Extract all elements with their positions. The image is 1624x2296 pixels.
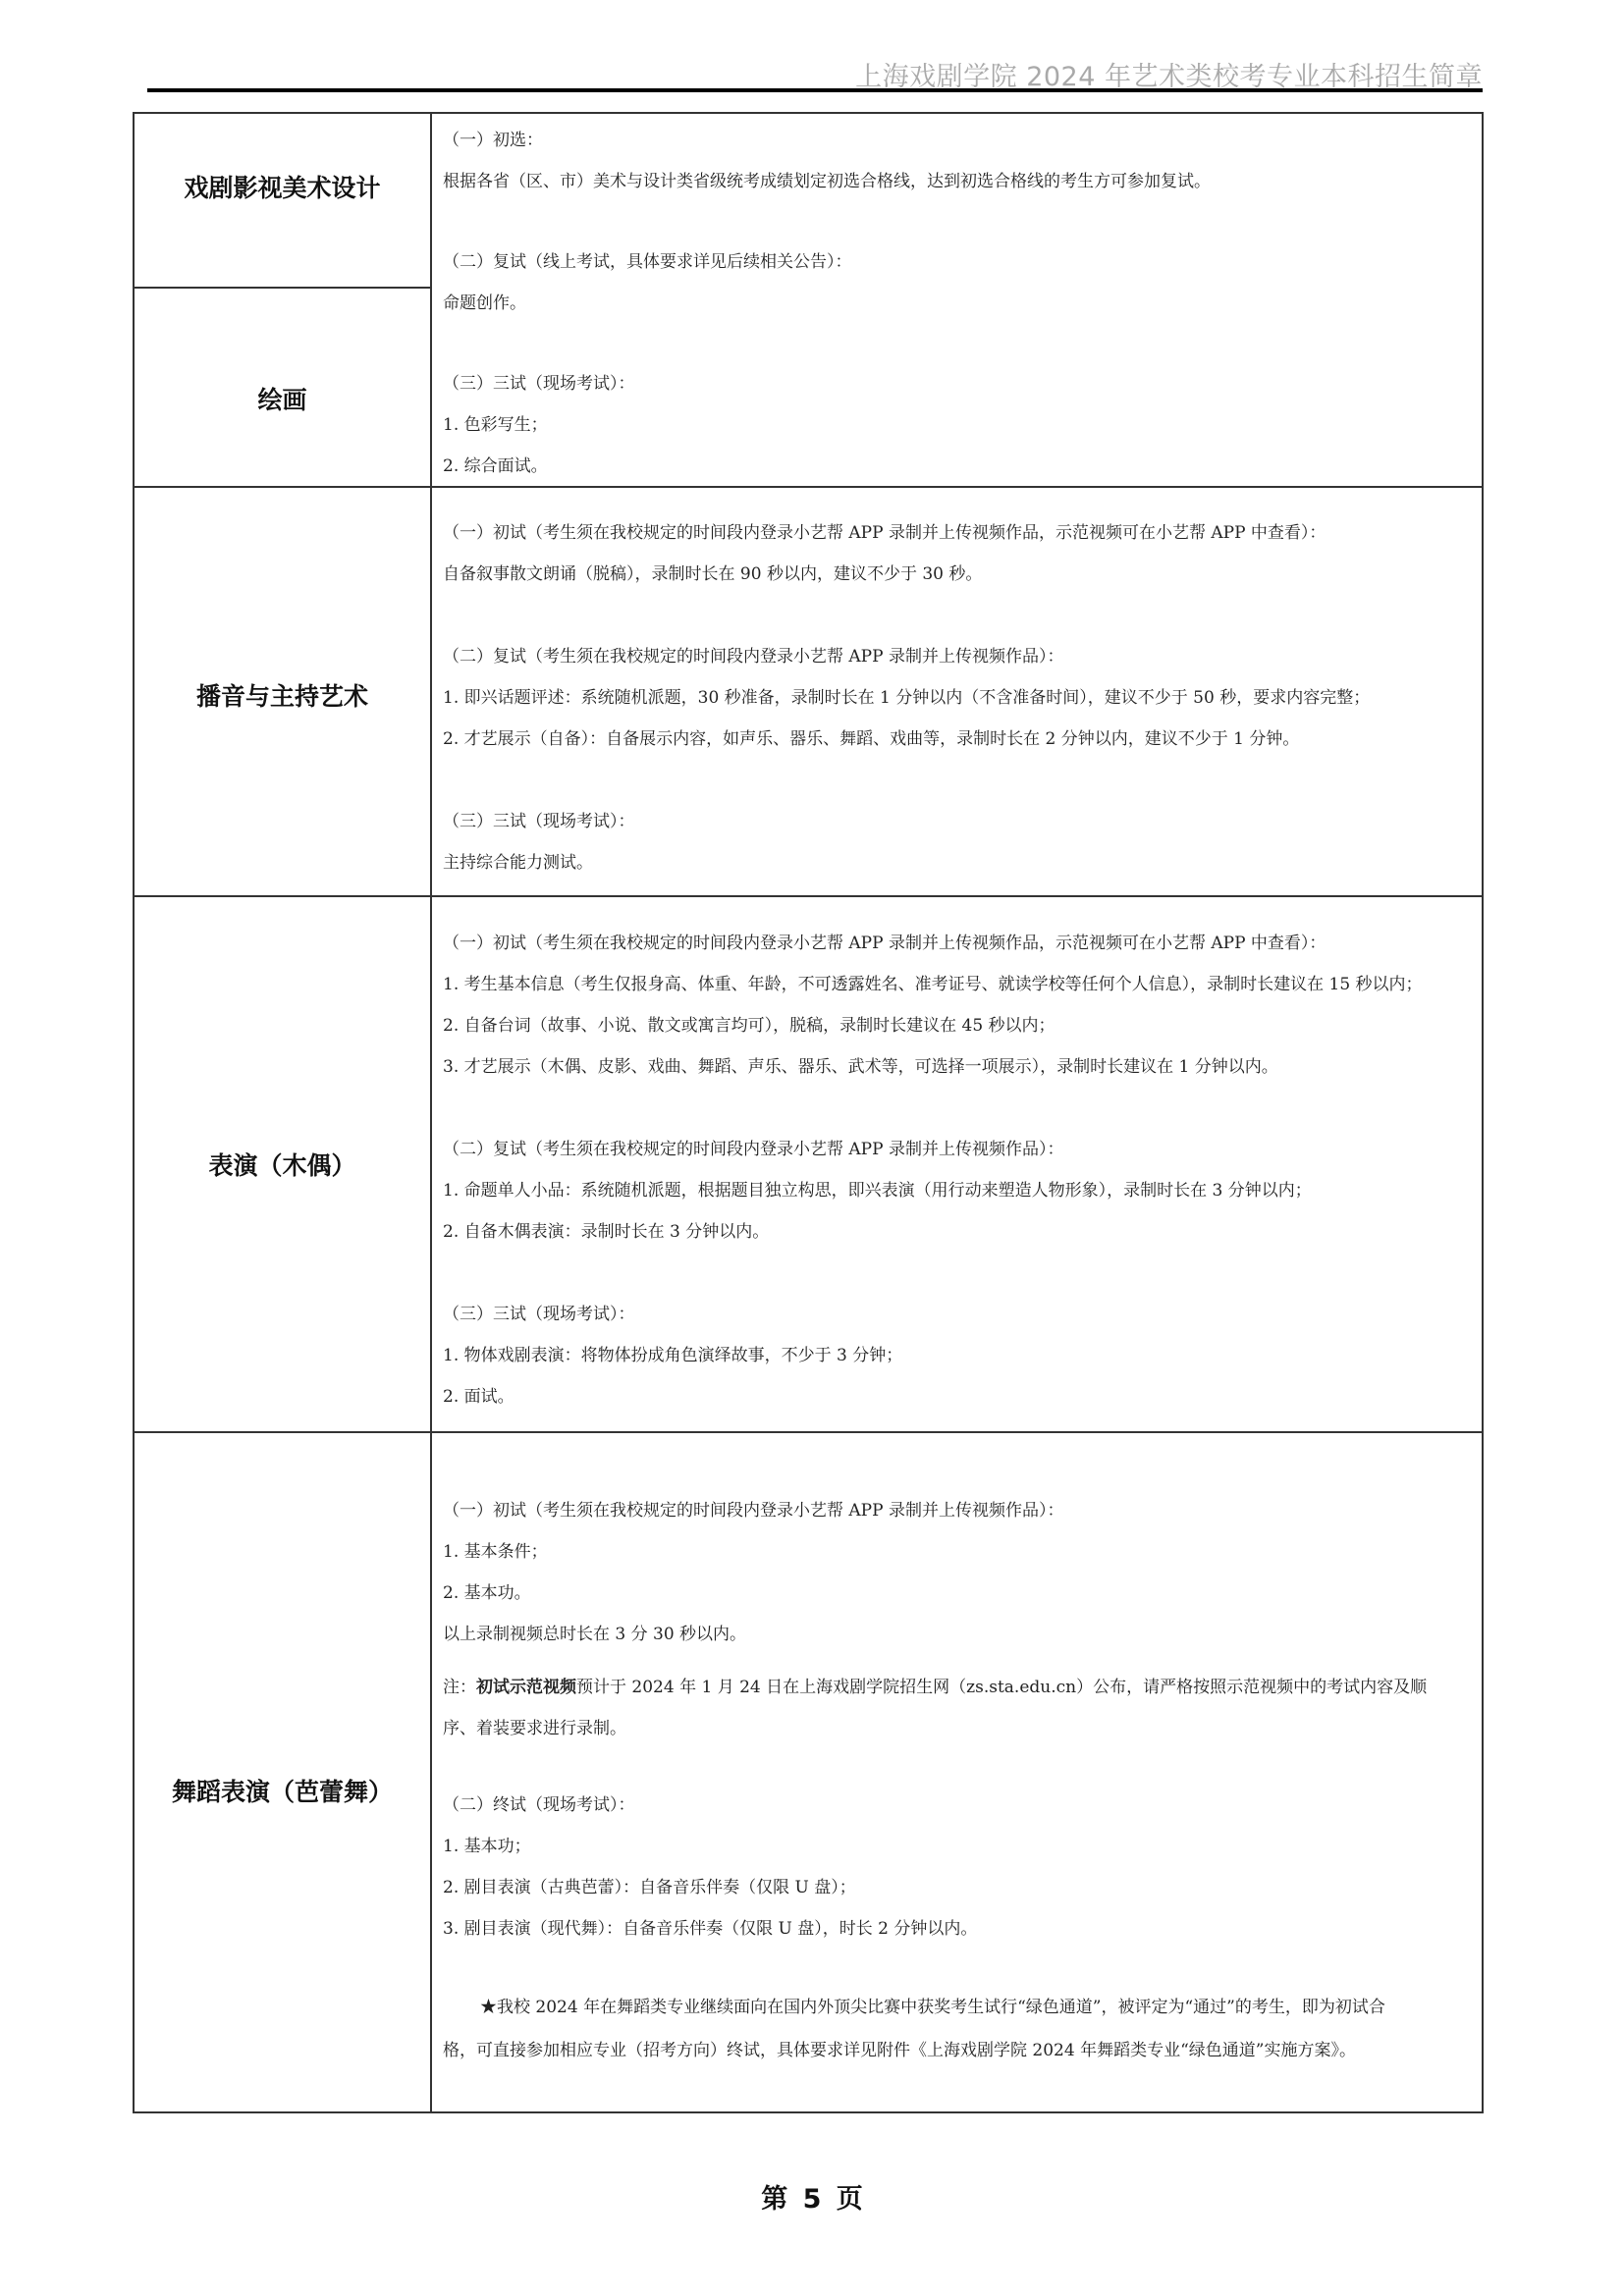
requirement-line: 命题创作。 xyxy=(443,289,526,313)
requirement-line: （三）三试（现场考试）： xyxy=(443,807,635,831)
requirement-line: （二）复试（线上考试，具体要求详见后续相关公告）： xyxy=(443,247,852,272)
requirement-line: 以上录制视频总时长在 3 分 30 秒以内。 xyxy=(443,1620,746,1644)
requirement-line: 1. 物体戏剧表演：将物体扮成角色演绎故事，不少于 3 分钟； xyxy=(443,1341,902,1365)
requirement-line: 1. 基本条件； xyxy=(443,1537,548,1562)
row-divider xyxy=(135,486,1482,488)
major-label: 绘画 xyxy=(135,381,430,416)
header-rule xyxy=(147,88,1483,92)
requirement-line: （三）三试（现场考试）： xyxy=(443,1300,635,1324)
note-bold-term: 初试示范视频 xyxy=(476,1678,576,1697)
row-divider xyxy=(135,1431,1482,1433)
major-label: 舞蹈表演（芭蕾舞） xyxy=(135,1773,430,1808)
requirement-line: 3. 才艺展示（木偶、皮影、戏曲、舞蹈、声乐、器乐、武术等，可选择一项展示），录… xyxy=(443,1052,1278,1077)
requirement-line: 1. 考生基本信息（考生仅报身高、体重、年龄，不可透露姓名、准考证号、就读学校等… xyxy=(443,970,1423,994)
requirement-line: 主持综合能力测试。 xyxy=(443,848,593,873)
column-divider xyxy=(430,114,432,2111)
requirement-line: 2. 基本功。 xyxy=(443,1578,531,1603)
requirement-line: 2. 面试。 xyxy=(443,1382,514,1407)
requirement-line: （三）三试（现场考试）： xyxy=(443,369,635,394)
page-number: 第 5 页 xyxy=(0,2177,1624,2216)
major-label: 播音与主持艺术 xyxy=(135,677,430,713)
requirement-line: 2. 才艺展示（自备）：自备展示内容，如声乐、器乐、舞蹈、戏曲等，录制时长在 2… xyxy=(443,724,1299,749)
requirement-line: （二）复试（考生须在我校规定的时间段内登录小艺帮 APP 录制并上传视频作品）： xyxy=(443,1135,1063,1159)
requirement-line: （一）初试（考生须在我校规定的时间段内登录小艺帮 APP 录制并上传视频作品，示… xyxy=(443,929,1326,953)
green-channel-note: ★我校 2024 年在舞蹈类专业继续面向在国内外顶尖比赛中获奖考生试行“绿色通道… xyxy=(480,1993,1385,2017)
requirement-line: 2. 剧目表演（古典芭蕾）：自备音乐伴奏（仅限 U 盘）； xyxy=(443,1873,856,1897)
requirement-line: 1. 即兴话题评述：系统随机派题，30 秒准备，录制时长在 1 分钟以内（不含准… xyxy=(443,683,1370,708)
requirement-line: 根据各省（区、市）美术与设计类省级统考成绩划定初选合格线，达到初选合格线的考生方… xyxy=(443,167,1211,191)
green-channel-note-cont: 格，可直接参加相应专业（招考方向）终试，具体要求详见附件《上海戏剧学院 2024… xyxy=(443,2036,1356,2060)
note-text: 预计于 2024 年 1 月 24 日在上海戏剧学院招生网（zs.sta.edu… xyxy=(576,1678,1427,1697)
requirement-line: （二）复试（考生须在我校规定的时间段内登录小艺帮 APP 录制并上传视频作品）： xyxy=(443,642,1063,667)
note-prefix: 注： xyxy=(443,1678,476,1697)
requirement-line: 自备叙事散文朗诵（脱稿），录制时长在 90 秒以内，建议不少于 30 秒。 xyxy=(443,560,982,584)
requirement-line: （一）初试（考生须在我校规定的时间段内登录小艺帮 APP 录制并上传视频作品，示… xyxy=(443,518,1326,543)
requirement-line: （一）初选： xyxy=(443,126,543,150)
row-divider xyxy=(135,895,1482,897)
demo-video-note-cont: 序、着装要求进行录制。 xyxy=(443,1714,626,1738)
requirement-line: 2. 综合面试。 xyxy=(443,452,548,476)
requirement-line: 1. 色彩写生； xyxy=(443,410,548,435)
admissions-table: 戏剧影视美术设计 绘画 （一）初选： 根据各省（区、市）美术与设计类省级统考成绩… xyxy=(133,112,1484,2113)
requirement-line: （二）终试（现场考试）： xyxy=(443,1790,635,1815)
requirement-line: 3. 剧目表演（现代舞）：自备音乐伴奏（仅限 U 盘），时长 2 分钟以内。 xyxy=(443,1914,977,1939)
demo-video-note: 注：初试示范视频预计于 2024 年 1 月 24 日在上海戏剧学院招生网（zs… xyxy=(443,1673,1427,1697)
major-label: 戏剧影视美术设计 xyxy=(135,169,430,204)
requirement-line: 2. 自备台词（故事、小说、散文或寓言均可），脱稿，录制时长建议在 45 秒以内… xyxy=(443,1011,1056,1036)
requirement-line: 1. 基本功； xyxy=(443,1832,531,1856)
requirement-line: 1. 命题单人小品：系统随机派题，根据题目独立构思，即兴表演（用行动来塑造人物形… xyxy=(443,1176,1312,1201)
requirement-line: 2. 自备木偶表演：录制时长在 3 分钟以内。 xyxy=(443,1217,769,1242)
major-label: 表演（木偶） xyxy=(135,1147,430,1182)
row-divider xyxy=(135,287,430,289)
requirement-line: （一）初试（考生须在我校规定的时间段内登录小艺帮 APP 录制并上传视频作品）： xyxy=(443,1496,1063,1521)
